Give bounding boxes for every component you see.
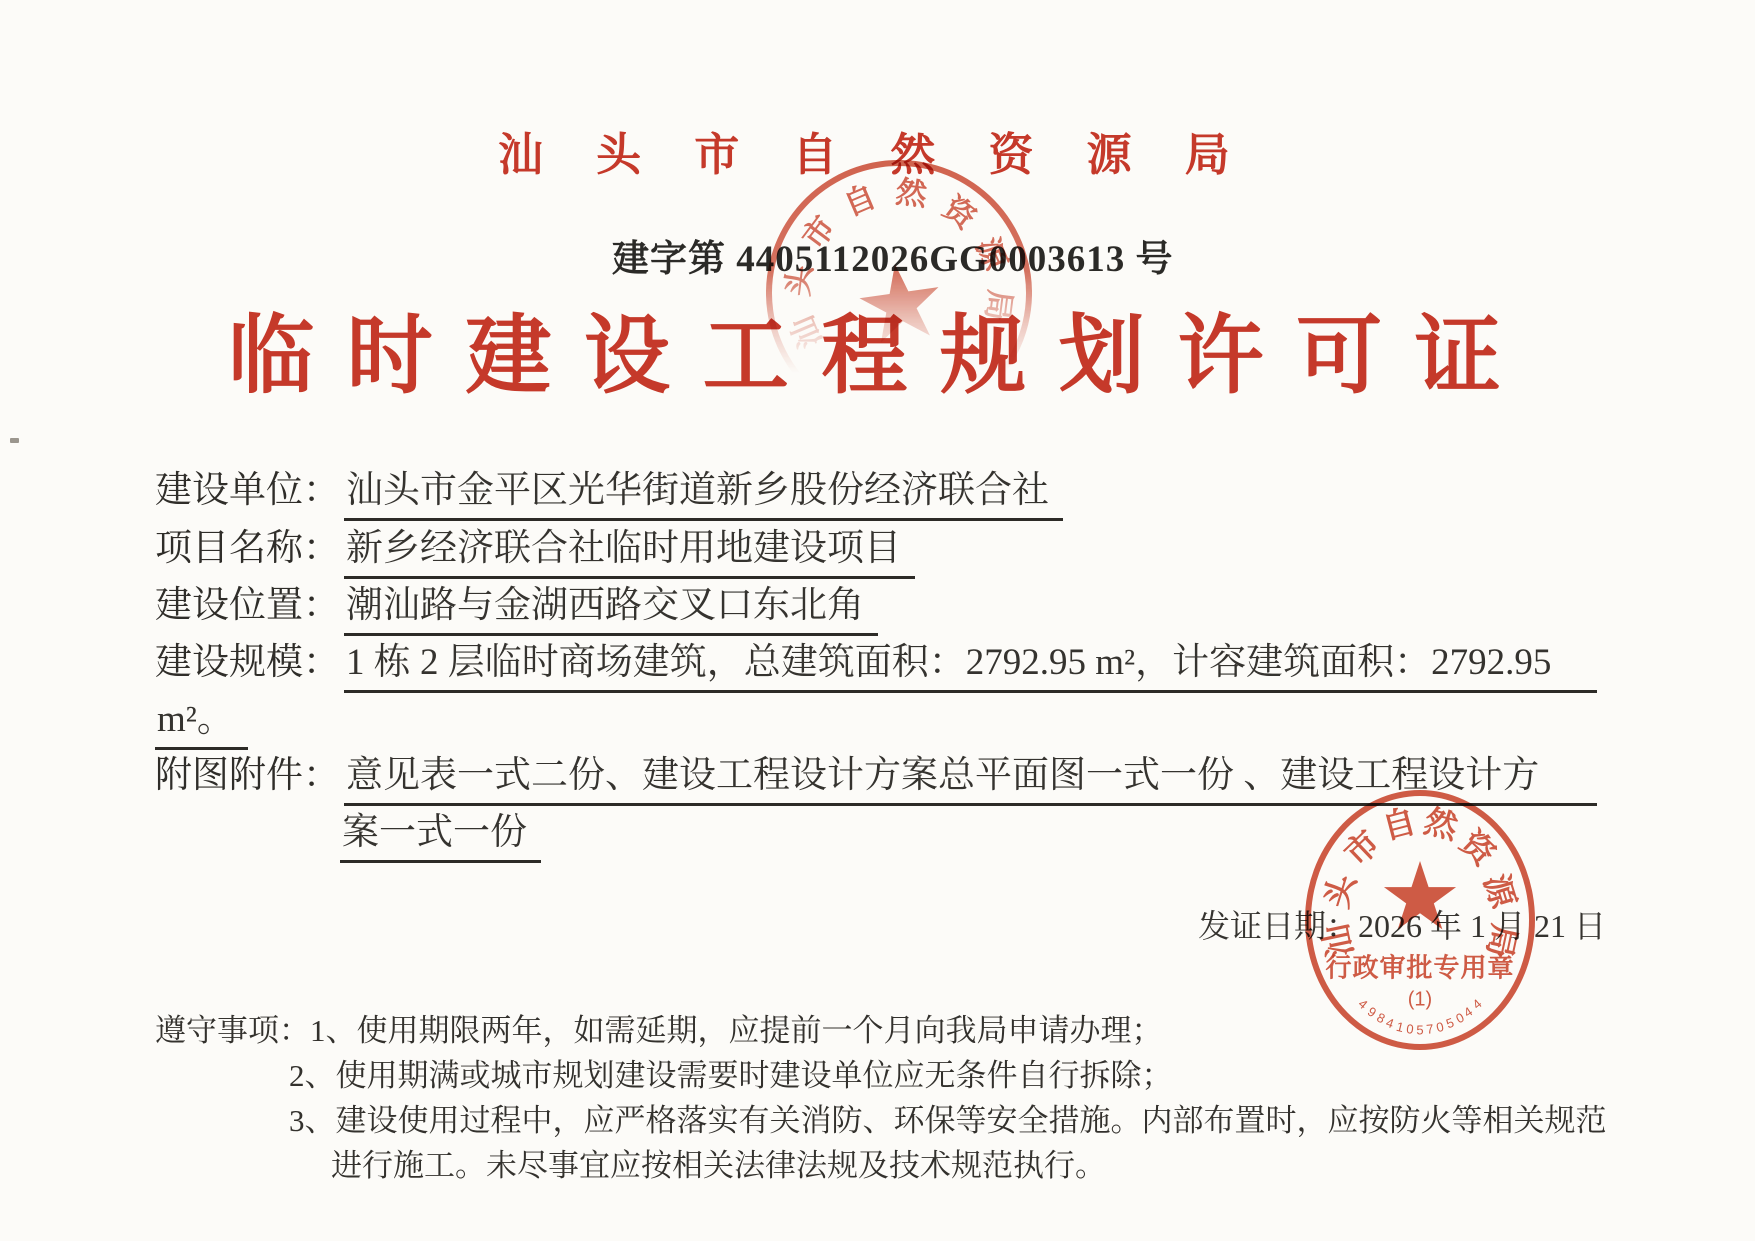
field-value: 汕头市金平区光华街道新乡股份经济联合社	[344, 468, 1063, 521]
notes-label: 遵守事项：	[155, 1008, 310, 1053]
field-value: 1 栋 2 层临时商场建筑，总建筑面积：2792.95 m²，计容建筑面积：27…	[344, 640, 1597, 693]
document-number: 建字第 4405112026GG0003613 号	[612, 228, 1174, 282]
field-row-attachments-continued: 案一式一份	[340, 810, 541, 863]
note-line-4: 进行施工。未尽事宜应按相关法律法规及技术规范执行。	[331, 1143, 1615, 1188]
seal-banner-text: 行政审批专用章	[1325, 948, 1514, 985]
scan-artifact	[10, 438, 19, 443]
field-row-project-name: 项目名称： 新乡经济联合社临时用地建设项目	[155, 526, 1597, 579]
issue-date-label: 发证日期：	[1198, 908, 1358, 944]
field-value: 新乡经济联合社临时用地建设项目	[344, 526, 915, 579]
note-line-1: 遵守事项： 1、使用期限两年，如需延期，应提前一个月向我局申请办理；	[155, 1008, 1615, 1053]
compliance-notes: 遵守事项： 1、使用期限两年，如需延期，应提前一个月向我局申请办理； 2、使用期…	[155, 1008, 1615, 1188]
permit-title: 临时建设工程规划许可证	[228, 286, 1533, 410]
seal-arc-glyph: 然	[1421, 804, 1461, 844]
agency-title: 汕头市自然资源局	[498, 118, 1283, 183]
seal-arc-glyph: 自	[840, 181, 881, 222]
field-label: 建设单位：	[155, 468, 340, 514]
seal-arc-glyph: 市	[1339, 825, 1386, 872]
field-value-continued: m²。	[155, 697, 248, 750]
field-label: 建设位置：	[155, 583, 340, 629]
field-row-scale-continued: m²。	[155, 697, 248, 750]
field-value: 意见表一式二份、建设工程设计方案总平面图一式一份 、建设工程设计方	[344, 753, 1597, 806]
field-label: 项目名称：	[155, 526, 340, 572]
issue-date-line: 发证日期：2026 年 1 月 21 日	[1198, 901, 1606, 947]
seal-arc-glyph: 资	[1455, 825, 1502, 872]
note-line-3: 3、建设使用过程中，应严格落实有关消防、环保等安全措施。内部布置时，应按防火等相…	[289, 1098, 1615, 1143]
field-row-construction-unit: 建设单位： 汕头市金平区光华街道新乡股份经济联合社	[155, 468, 1597, 521]
field-row-scale: 建设规模： 1 栋 2 层临时商场建筑，总建筑面积：2792.95 m²，计容建…	[155, 640, 1597, 693]
note-item: 1、使用期限两年，如需延期，应提前一个月向我局申请办理；	[310, 1008, 1163, 1053]
field-row-location: 建设位置： 潮汕路与金湖西路交叉口东北角	[155, 583, 1597, 636]
field-value-continued: 案一式一份	[340, 810, 541, 863]
issue-date-value: 2026 年 1 月 21 日	[1358, 908, 1606, 944]
field-label: 建设规模：	[155, 640, 340, 686]
permit-document: 汕头市自然资源局 ★ 汕头市自然资源局 建字第 4405112026GG0003…	[0, 0, 1755, 1241]
seal-arc-glyph: 自	[1379, 804, 1419, 844]
field-label: 附图附件：	[155, 753, 340, 799]
field-row-attachments: 附图附件： 意见表一式二份、建设工程设计方案总平面图一式一份 、建设工程设计方	[155, 753, 1597, 806]
field-value: 潮汕路与金湖西路交叉口东北角	[344, 583, 878, 636]
note-line-2: 2、使用期满或城市规划建设需要时建设单位应无条件自行拆除；	[289, 1053, 1615, 1098]
